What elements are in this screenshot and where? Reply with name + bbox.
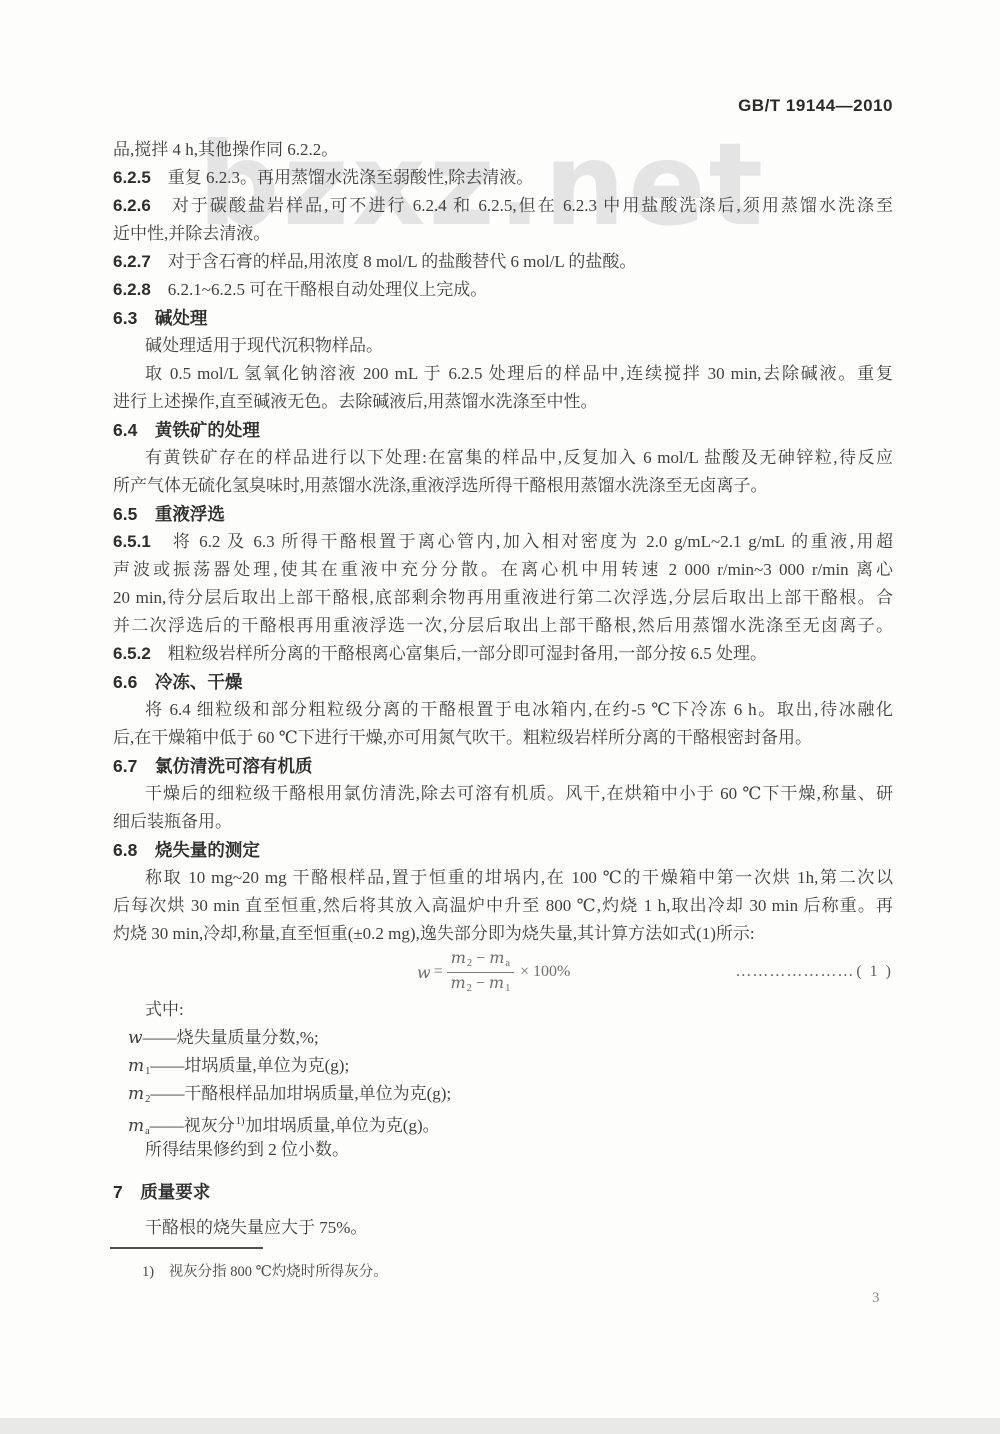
math-symbol: m <box>128 1116 144 1136</box>
footnote-rule <box>110 1247 263 1249</box>
text-line: w——烧失量质量分数,%; <box>113 1024 893 1052</box>
section-heading: 7 质量要求 <box>113 1178 893 1206</box>
text-segment: − <box>472 950 489 967</box>
text-segment: 6.2.5 <box>113 168 151 187</box>
text-segment: ——视灰分 <box>150 1116 235 1135</box>
formula-rhs: × 100% <box>520 963 570 981</box>
text-line: 所得结果修约到 2 位小数。 <box>113 1136 893 1164</box>
text-segment: 后,在干燥箱中低于 60 ℃下进行干燥,亦可用氮气吹干。粗粒级岩样所分离的干酪根… <box>113 728 812 747</box>
text-line: 干燥后的细粒级干酪根用氯仿清洗,除去可溶有机质。风干,在烘箱中小于 60 ℃下干… <box>113 780 893 808</box>
body-lines-lower: 式中:w——烧失量质量分数,%;m1——坩埚质量,单位为克(g);m2——干酪根… <box>113 996 893 1242</box>
formula-lhs: w <box>417 963 431 982</box>
section-heading: 6.6 冷冻、干燥 <box>113 668 893 696</box>
text-segment: 6.8 烧失量的测定 <box>113 840 260 860</box>
section-heading: 6.4 黄铁矿的处理 <box>113 416 893 444</box>
text-segment: 6.2.6 <box>113 196 151 215</box>
text-line: 6.5.1 将 6.2 及 6.3 所得干酪根置于离心管内,加入相对密度为 2.… <box>113 528 893 556</box>
formula-expression: w = m2 − ma m2 − m1 × 100% <box>417 949 570 994</box>
section-heading: 6.3 碱处理 <box>113 304 893 332</box>
text-segment: 6.6 冷冻、干燥 <box>113 672 242 692</box>
document-content: 品,搅拌 4 h,其他操作同 6.2.2。6.2.5 重复 6.2.3。再用蒸馏… <box>113 136 893 1242</box>
text-line: 进行上述操作,直至碱液无色。去除碱液后,用蒸馏水洗涤至中性。 <box>113 388 893 416</box>
text-line: 品,搅拌 4 h,其他操作同 6.2.2。 <box>113 136 893 164</box>
text-line: 碱处理适用于现代沉积物样品。 <box>113 332 893 360</box>
section-heading: 6.5 重液浮选 <box>113 500 893 528</box>
text-segment: ——烧失量质量分数,%; <box>143 1028 319 1047</box>
text-segment: 6.2.7 <box>113 252 151 271</box>
text-segment: 细后装瓶备用。 <box>113 812 232 831</box>
text-line: 式中: <box>113 996 893 1024</box>
text-segment: 1) <box>236 1116 245 1127</box>
text-segment: 取 0.5 mol/L 氢氧化钠溶液 200 mL 于 6.2.5 处理后的样品… <box>145 364 893 383</box>
fraction-numerator: m2 − ma <box>447 949 514 972</box>
math-symbol: w <box>128 1028 143 1048</box>
text-line: 6.2.5 重复 6.2.3。再用蒸馏水洗涤至弱酸性,除去清液。 <box>113 164 893 192</box>
text-segment: 对于含石膏的样品,用浓度 8 mol/L 的盐酸替代 6 mol/L 的盐酸。 <box>151 252 637 271</box>
fraction: m2 − ma m2 − m1 <box>447 949 514 994</box>
text-segment: 粗粒级岩样所分离的干酪根离心富集后,一部分即可湿封备用,一部分按 6.5 处理。 <box>151 644 767 663</box>
text-segment: 6.5.2 <box>113 644 151 663</box>
text-segment: 6.5.1 <box>113 532 151 551</box>
text-segment: ——干酪根样品加坩埚质量,单位为克(g); <box>150 1084 451 1103</box>
text-line: 并二次浮选后的干酪根再用重液浮选一次,分层后取出上部干酪根,然后用蒸馏水洗涤至无… <box>113 612 893 640</box>
text-segment: 所产气体无硫化氢臭味时,用蒸馏水洗涤,重液浮选所得干酪根用蒸馏水洗涤至无卤离子。 <box>113 476 768 495</box>
text-segment: 加坩埚质量,单位为克(g)。 <box>246 1116 440 1135</box>
text-segment: 碱处理适用于现代沉积物样品。 <box>145 336 383 355</box>
text-line: 后,在干燥箱中低于 60 ℃下进行干燥,亦可用氮气吹干。粗粒级岩样所分离的干酪根… <box>113 724 893 752</box>
text-line: 声波或振荡器处理,使其在重液中充分分散。在离心机中用转速 2 000 r/min… <box>113 556 893 584</box>
text-segment: 6.2.1~6.2.5 可在干酪根自动处理仪上完成。 <box>151 280 487 299</box>
text-segment: 进行上述操作,直至碱液无色。去除碱液后,用蒸馏水洗涤至中性。 <box>113 392 598 411</box>
text-segment: 将 6.4 细粒级和部分粗粒级分离的干酪根置于电冰箱内,在约-5 ℃下冷冻 6 … <box>145 700 893 719</box>
text-segment: 1 <box>505 983 510 994</box>
text-line: 近中性,并除去清液。 <box>113 220 893 248</box>
text-segment: 灼烧 30 min,冷却,称量,直至恒重(±0.2 mg),逸失部分即为烧失量,… <box>113 924 755 943</box>
text-segment: ——坩埚质量,单位为克(g); <box>150 1056 349 1075</box>
text-segment: 后每次烘 30 min 直至恒重,然后将其放入高温炉中升至 800 ℃,灼烧 1… <box>113 896 893 915</box>
text-line: m2——干酪根样品加坩埚质量,单位为克(g); <box>113 1080 893 1108</box>
text-segment: 将 6.2 及 6.3 所得干酪根置于离心管内,加入相对密度为 2.0 g/mL… <box>151 532 893 551</box>
text-line: 取 0.5 mol/L 氢氧化钠溶液 200 mL 于 6.2.5 处理后的样品… <box>113 360 893 388</box>
text-segment: 6.2.8 <box>113 280 151 299</box>
text-segment: 7 质量要求 <box>113 1182 210 1202</box>
page-number: 3 <box>872 1290 880 1307</box>
text-line: 6.2.6 对于碳酸盐岩样品,可不进行 6.2.4 和 6.2.5,但在 6.2… <box>113 192 893 220</box>
math-symbol: m <box>450 973 465 992</box>
scan-edge-strip <box>0 1418 1000 1434</box>
text-segment: 品,搅拌 4 h,其他操作同 6.2.2。 <box>113 140 338 159</box>
section-heading: 6.7 氯仿清洗可溶有机质 <box>113 752 893 780</box>
document-page: bzxz.net GB/T 19144—2010 品,搅拌 4 h,其他操作同 … <box>0 0 1000 1434</box>
section-heading: 6.8 烧失量的测定 <box>113 836 893 864</box>
text-line: 干酪根的烧失量应大于 75%。 <box>113 1214 893 1242</box>
text-segment: 重复 6.2.3。再用蒸馏水洗涤至弱酸性,除去清液。 <box>151 168 534 187</box>
text-segment: 20 min,待分层后取出上部干酪根,底部剩余物再用重液进行第二次浮选,分层后取… <box>113 588 893 607</box>
standard-number: GB/T 19144—2010 <box>738 96 893 116</box>
text-segment: 式中: <box>145 1000 184 1019</box>
text-segment: 声波或振荡器处理,使其在重液中充分分散。在离心机中用转速 2 000 r/min… <box>113 560 893 579</box>
equals-sign: = <box>434 963 443 981</box>
text-line: 6.5.2 粗粒级岩样所分离的干酪根离心富集后,一部分即可湿封备用,一部分按 6… <box>113 640 893 668</box>
text-segment: 6.5 重液浮选 <box>113 504 225 524</box>
text-line: 灼烧 30 min,冷却,称量,直至恒重(±0.2 mg),逸失部分即为烧失量,… <box>113 920 893 948</box>
math-symbol: m <box>489 973 504 992</box>
fraction-denominator: m2 − m1 <box>447 973 514 995</box>
text-segment: 近中性,并除去清液。 <box>113 224 270 243</box>
text-line: 将 6.4 细粒级和部分粗粒级分离的干酪根置于电冰箱内,在约-5 ℃下冷冻 6 … <box>113 696 893 724</box>
text-segment: 6.4 黄铁矿的处理 <box>113 420 260 440</box>
text-segment: 有黄铁矿存在的样品进行以下处理:在富集的样品中,反复加入 6 mol/L 盐酸及… <box>145 448 893 467</box>
text-line: 6.2.8 6.2.1~6.2.5 可在干酪根自动处理仪上完成。 <box>113 276 893 304</box>
equation-number: ( 1 ) <box>856 963 893 980</box>
text-segment: 称取 10 mg~20 mg 干酪根样品,置于恒重的坩埚内,在 100 ℃的干燥… <box>145 868 893 887</box>
leader-dots: ………………… <box>735 963 854 980</box>
footnote: 1) 视灰分指 800 ℃灼烧时所得灰分。 <box>142 1261 388 1283</box>
equation-1: w = m2 − ma m2 − m1 × 100% …………………( 1 ) <box>113 948 893 996</box>
text-line: 称取 10 mg~20 mg 干酪根样品,置于恒重的坩埚内,在 100 ℃的干燥… <box>113 864 893 892</box>
math-symbol: m <box>451 948 466 967</box>
text-segment: a <box>505 958 510 969</box>
text-segment: 6.7 氯仿清洗可溶有机质 <box>113 756 312 776</box>
text-segment: 所得结果修约到 2 位小数。 <box>145 1140 349 1159</box>
text-line: 所产气体无硫化氢臭味时,用蒸馏水洗涤,重液浮选所得干酪根用蒸馏水洗涤至无卤离子。 <box>113 472 893 500</box>
math-symbol: m <box>128 1056 144 1076</box>
text-line: 有黄铁矿存在的样品进行以下处理:在富集的样品中,反复加入 6 mol/L 盐酸及… <box>113 444 893 472</box>
text-segment: 并二次浮选后的干酪根再用重液浮选一次,分层后取出上部干酪根,然后用蒸馏水洗涤至无… <box>113 616 893 635</box>
text-line: 6.2.7 对于含石膏的样品,用浓度 8 mol/L 的盐酸替代 6 mol/L… <box>113 248 893 276</box>
body-lines-upper: 品,搅拌 4 h,其他操作同 6.2.2。6.2.5 重复 6.2.3。再用蒸馏… <box>113 136 893 948</box>
text-line: 细后装瓶备用。 <box>113 808 893 836</box>
text-segment: 干酪根的烧失量应大于 75%。 <box>145 1218 367 1237</box>
text-line: ma——视灰分1)加坩埚质量,单位为克(g)。 <box>113 1108 893 1136</box>
text-line: m1——坩埚质量,单位为克(g); <box>113 1052 893 1080</box>
text-segment: − <box>472 975 489 992</box>
text-line: 后每次烘 30 min 直至恒重,然后将其放入高温炉中升至 800 ℃,灼烧 1… <box>113 892 893 920</box>
text-segment: 干燥后的细粒级干酪根用氯仿清洗,除去可溶有机质。风干,在烘箱中小于 60 ℃下干… <box>145 784 893 803</box>
equation-leader: …………………( 1 ) <box>735 963 893 981</box>
text-segment: 对于碳酸盐岩样品,可不进行 6.2.4 和 6.2.5,但在 6.2.3 中用盐… <box>151 196 893 215</box>
math-symbol: m <box>128 1084 144 1104</box>
math-symbol: m <box>489 948 504 967</box>
text-segment: 6.3 碱处理 <box>113 308 207 328</box>
text-line: 20 min,待分层后取出上部干酪根,底部剩余物再用重液进行第二次浮选,分层后取… <box>113 584 893 612</box>
